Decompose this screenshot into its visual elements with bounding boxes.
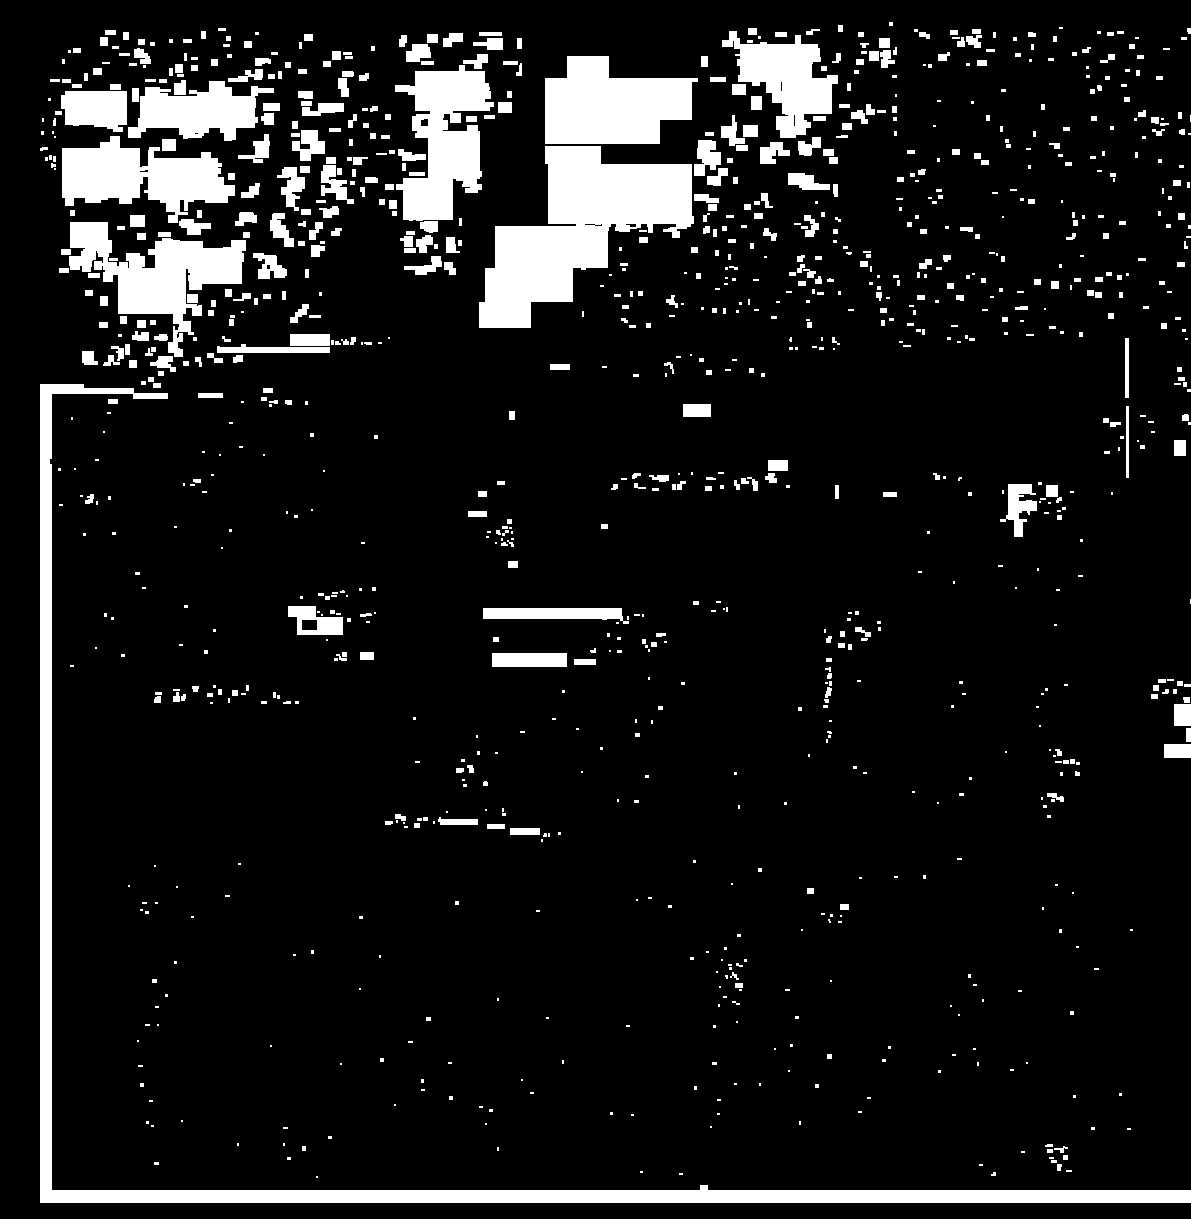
photo-canvas	[40, 16, 1191, 1203]
left-border-highlight	[40, 388, 53, 1203]
bw-photo-figure	[40, 16, 1191, 1203]
